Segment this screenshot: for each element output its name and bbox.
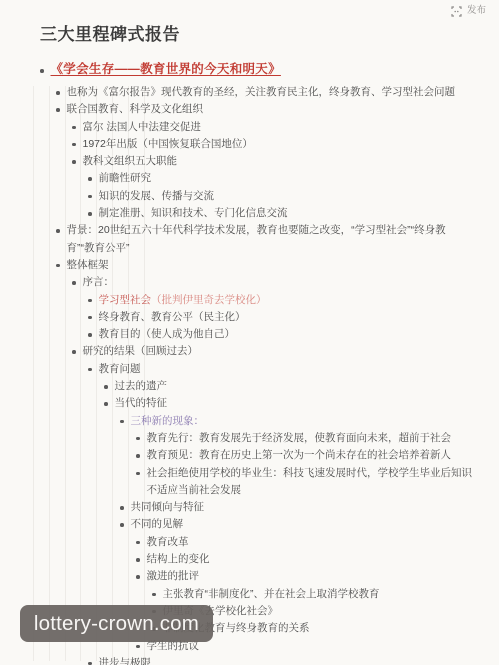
- item-text: 共同倾向与特征: [131, 499, 474, 516]
- item-text: 不同的见解: [131, 516, 474, 533]
- watermark: lottery-crown.com: [20, 605, 213, 642]
- item-text: 三种新的现象：: [131, 413, 474, 430]
- outline-item[interactable]: 富尔 法国人中法建交促进: [0, 119, 473, 136]
- bullet-icon[interactable]: [136, 472, 140, 476]
- item-text: 整体框架: [67, 257, 474, 274]
- bullet-icon[interactable]: [88, 212, 92, 216]
- bullet-icon[interactable]: [56, 91, 60, 95]
- item-text: 1972年出版（中国恢复联合国地位）: [83, 136, 474, 153]
- outline-item[interactable]: 社会拒绝使用学校的毕业生：科技飞速发展时代，学校学生毕业后知识不适应当前社会发展: [0, 465, 473, 500]
- item-text-segment: （批判伊里奇去学校化）: [151, 294, 267, 306]
- bullet-icon[interactable]: [88, 316, 92, 320]
- outline-item[interactable]: 教育问题: [0, 361, 473, 378]
- item-text: 制定准册、知识和技术、专门化信息交流: [99, 205, 474, 222]
- outline-item[interactable]: 过去的遗产: [0, 378, 473, 395]
- outline-item[interactable]: 教育目的（使人成为他自己）: [0, 326, 473, 343]
- item-text: 社会拒绝使用学校的毕业生：科技飞速发展时代，学校学生毕业后知识不适应当前社会发展: [147, 465, 474, 500]
- outline-item[interactable]: 结构上的变化: [0, 551, 473, 568]
- item-text: 富尔 法国人中法建交促进: [83, 119, 474, 136]
- bullet-icon[interactable]: [88, 333, 92, 337]
- outline-item[interactable]: 不同的见解: [0, 516, 473, 533]
- bullet-icon[interactable]: [120, 420, 124, 424]
- bullet-icon[interactable]: [72, 350, 76, 354]
- item-text: 联合国教育、科学及文化组织: [67, 101, 474, 118]
- bullet-icon[interactable]: [152, 593, 156, 597]
- item-text: 主张教育“非制度化”、并在社会上取消学校教育: [163, 586, 474, 603]
- fullscreen-icon[interactable]: [451, 6, 462, 17]
- outline-item[interactable]: 共同倾向与特征: [0, 499, 473, 516]
- outline-item[interactable]: 1972年出版（中国恢复联合国地位）: [0, 136, 473, 153]
- item-text: 终身教育、教育公平（民主化）: [99, 309, 474, 326]
- bullet-icon[interactable]: [136, 645, 140, 649]
- outline-item[interactable]: 整体框架: [0, 257, 473, 274]
- outline-item[interactable]: 也称为《富尔报告》现代教育的圣经，关注教育民主化，终身教育、学习型社会问题: [0, 84, 473, 101]
- publish-button[interactable]: 发布: [467, 5, 486, 17]
- item-text: 也称为《富尔报告》现代教育的圣经，关注教育民主化，终身教育、学习型社会问题: [67, 84, 474, 101]
- bullet-icon[interactable]: [104, 385, 108, 389]
- item-text: 学习型社会（批判伊里奇去学校化）: [99, 292, 474, 309]
- bullet-icon[interactable]: [136, 437, 140, 441]
- item-text-segment: 学习型社会: [99, 294, 152, 306]
- outline-item[interactable]: 序言：: [0, 274, 473, 291]
- item-text: 当代的特征: [115, 395, 474, 412]
- bullet-icon[interactable]: [56, 229, 60, 233]
- item-text: 研究的结果（回顾过去）: [83, 343, 474, 360]
- outline-item[interactable]: 当代的特征: [0, 395, 473, 412]
- bullet-icon[interactable]: [72, 126, 76, 130]
- item-text: 知识的发展、传播与交流: [99, 188, 474, 205]
- bullet-icon[interactable]: [72, 160, 76, 164]
- outline-item[interactable]: 教育先行：教育发展先于经济发展，使教育面向未来，超前于社会: [0, 430, 473, 447]
- outline-item[interactable]: 制定准册、知识和技术、专门化信息交流: [0, 205, 473, 222]
- item-text: 背景：20世纪五六十年代科学技术发展，教育也要随之改变，“学习型社会”“终身教育…: [67, 222, 474, 257]
- outline-item[interactable]: 进步与极限: [0, 655, 473, 665]
- item-text: 教科文组织五大职能: [83, 153, 474, 170]
- bullet-icon[interactable]: [88, 195, 92, 199]
- outline-item[interactable]: 背景：20世纪五六十年代科学技术发展，教育也要随之改变，“学习型社会”“终身教育…: [0, 222, 473, 257]
- outline-list: 《学会生存——教育世界的今天和明天》 也称为《富尔报告》现代教育的圣经，关注教育…: [0, 58, 499, 665]
- item-text: 教育预见：教育在历史上第一次为一个尚未存在的社会培养着新人: [147, 447, 474, 464]
- bullet-icon[interactable]: [88, 299, 92, 303]
- outline-item[interactable]: 前瞻性研究: [0, 170, 473, 187]
- bullet-icon[interactable]: [56, 264, 60, 268]
- outline-item[interactable]: 激进的批评: [0, 568, 473, 585]
- bullet-icon[interactable]: [136, 575, 140, 579]
- outline-item[interactable]: 教育预见：教育在历史上第一次为一个尚未存在的社会培养着新人: [0, 447, 473, 464]
- outline-item[interactable]: 终身教育、教育公平（民主化）: [0, 309, 473, 326]
- outline-item[interactable]: 教育改革: [0, 534, 473, 551]
- item-text: 激进的批评: [147, 568, 474, 585]
- item-text: 过去的遗产: [115, 378, 474, 395]
- bullet-icon[interactable]: [120, 523, 124, 527]
- item-text: 进步与极限: [99, 655, 474, 665]
- bullet-icon[interactable]: [136, 454, 140, 458]
- item-text: 前瞻性研究: [99, 170, 474, 187]
- bullet-icon[interactable]: [136, 541, 140, 545]
- outline-item[interactable]: 联合国教育、科学及文化组织: [0, 101, 473, 118]
- item-text: 序言：: [83, 274, 474, 291]
- bullet-icon[interactable]: [136, 558, 140, 562]
- item-text: 教育改革: [147, 534, 474, 551]
- outline-item[interactable]: 三种新的现象：: [0, 413, 473, 430]
- bullet-icon[interactable]: [72, 281, 76, 285]
- item-text: 教育先行：教育发展先于经济发展，使教育面向未来，超前于社会: [147, 430, 474, 447]
- bullet-icon[interactable]: [120, 506, 124, 510]
- outline-item[interactable]: 《学会生存——教育世界的今天和明天》: [0, 60, 473, 79]
- outline-item[interactable]: 主张教育“非制度化”、并在社会上取消学校教育: [0, 586, 473, 603]
- bullet-icon[interactable]: [104, 402, 108, 406]
- outline-item[interactable]: 知识的发展、传播与交流: [0, 188, 473, 205]
- item-text: 教育目的（使人成为他自己）: [99, 326, 474, 343]
- item-text: 《学会生存——教育世界的今天和明天》: [51, 60, 474, 79]
- outline-item[interactable]: 研究的结果（回顾过去）: [0, 343, 473, 360]
- page-title: 三大里程碑式报告: [40, 24, 180, 45]
- bullet-icon[interactable]: [56, 108, 60, 112]
- bullet-icon[interactable]: [40, 69, 44, 73]
- outline-item[interactable]: 教科文组织五大职能: [0, 153, 473, 170]
- bullet-icon[interactable]: [88, 177, 92, 181]
- bullet-icon[interactable]: [88, 368, 92, 372]
- outline-item[interactable]: 学习型社会（批判伊里奇去学校化）: [0, 292, 473, 309]
- item-text: 结构上的变化: [147, 551, 474, 568]
- item-text: 教育问题: [99, 361, 474, 378]
- topbar: 发布: [451, 5, 486, 17]
- bullet-icon[interactable]: [72, 143, 76, 147]
